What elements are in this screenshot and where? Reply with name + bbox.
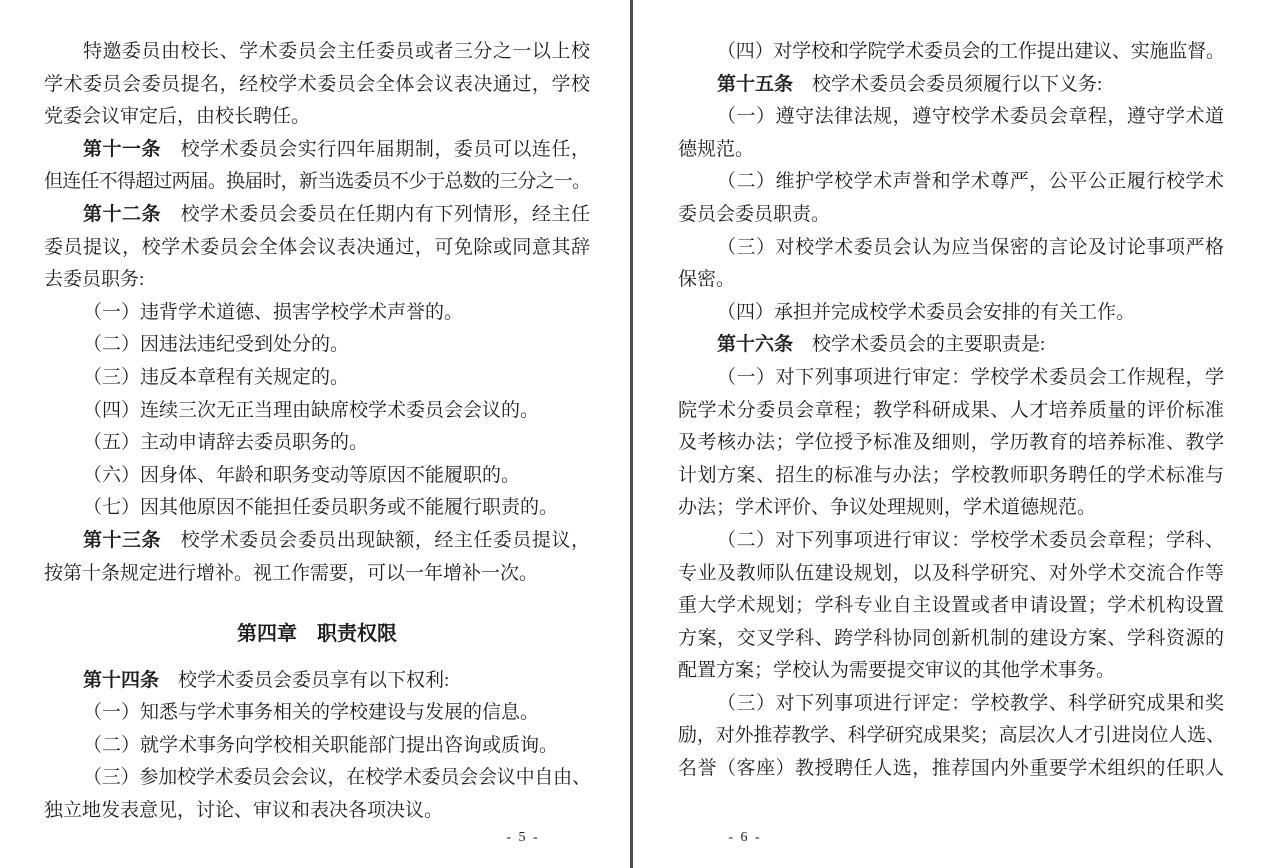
text-line: 特邀委员由校长、学术委员会主任委员或者三分之一以上校 bbox=[44, 36, 590, 69]
text-segment: （六）因身体、年龄和职务变动等原因不能履职的。 bbox=[83, 465, 520, 486]
text-segment: 重大学术规划；学科专业自主设置或者申请设置；学术机构设置 bbox=[678, 595, 1224, 616]
text-segment: 校学术委员会委员出现缺额，经主任委员提议， bbox=[161, 530, 590, 551]
text-segment: （三）违反本章程有关规定的。 bbox=[83, 367, 349, 388]
text-line: 专业及教师队伍建设规划，以及科学研究、对外学术交流合作等 bbox=[678, 558, 1224, 591]
text-line: 保密。 bbox=[678, 264, 1224, 297]
text-line: 德规范。 bbox=[678, 134, 1224, 167]
text-segment: （二）因违法违纪受到处分的。 bbox=[83, 334, 349, 355]
text-line: 第十一条 校学术委员会实行四年届期制，委员可以连任， bbox=[44, 134, 590, 167]
text-segment: 及考核办法；学位授予标准及细则，学历教育的培养标准、教学 bbox=[678, 432, 1224, 453]
article-number: 第十三条 bbox=[83, 530, 161, 551]
article-number: 第十二条 bbox=[83, 204, 161, 225]
text-line: （三）参加校学术委员会会议，在校学术委员会会议中自由、 bbox=[44, 762, 590, 795]
text-segment: （四）连续三次无正当理由缺席校学术委员会会议的。 bbox=[83, 400, 539, 421]
text-line: 院学术分委员会章程；教学科研成果、人才培养质量的评价标准 bbox=[678, 395, 1224, 428]
text-segment: （一）违背学术道德、损害学校学术声誉的。 bbox=[83, 302, 463, 323]
text-segment: 德规范。 bbox=[678, 139, 754, 160]
text-line: 励，对外推荐教学、科学研究成果奖；高层次人才引进岗位人选、 bbox=[678, 720, 1224, 753]
text-line: 及考核办法；学位授予标准及细则，学历教育的培养标准、教学 bbox=[678, 427, 1224, 460]
text-line: （四）对学校和学院学术委员会的工作提出建议、实施监督。 bbox=[678, 36, 1224, 69]
text-segment: （一）对下列事项进行审定：学校学术委员会工作规程，学 bbox=[717, 367, 1224, 388]
text-line: （四）连续三次无正当理由缺席校学术委员会会议的。 bbox=[44, 395, 590, 428]
text-segment: 校学术委员会委员须履行以下义务: bbox=[793, 74, 1102, 95]
article-number: 第十五条 bbox=[717, 74, 793, 95]
text-line: 办法；学术评价、争议处理规则，学术道德规范。 bbox=[678, 492, 1224, 525]
text-segment: 保密。 bbox=[678, 269, 735, 290]
text-line: 配置方案；学校认为需要提交审议的其他学术事务。 bbox=[678, 655, 1224, 688]
text-segment: 校学术委员会委员在任期内有下列情形，经主任 bbox=[161, 204, 590, 225]
text-line: 计划方案、招生的标准与办法；学校教师职务聘任的学术标准与 bbox=[678, 460, 1224, 493]
text-line: （二）维护学校学术声誉和学术尊严，公平公正履行校学术 bbox=[678, 166, 1224, 199]
text-segment: 委员提议，校学术委员会全体会议表决通过，可免除或同意其辞 bbox=[44, 237, 590, 258]
text-segment: 专业及教师队伍建设规划，以及科学研究、对外学术交流合作等 bbox=[678, 563, 1224, 584]
text-line: （三）对校学术委员会认为应当保密的言论及讨论事项严格 bbox=[678, 232, 1224, 265]
text-line: （七）因其他原因不能担任委员职务或不能履行职责的。 bbox=[44, 492, 590, 525]
text-segment: 独立地发表意见，讨论、审议和表决各项决议。 bbox=[44, 800, 443, 821]
text-segment: 励，对外推荐教学、科学研究成果奖；高层次人才引进岗位人选、 bbox=[678, 725, 1224, 746]
text-line: （一）知悉与学术事务相关的学校建设与发展的信息。 bbox=[44, 697, 590, 730]
text-segment: （五）主动申请辞去委员职务的。 bbox=[83, 432, 368, 453]
text-line: 第十四条 校学术委员会委员享有以下权利: bbox=[44, 665, 590, 698]
page-5: 特邀委员由校长、学术委员会主任委员或者三分之一以上校学术委员会委员提名，经校学术… bbox=[0, 0, 630, 868]
article-number: 第四章 职责权限 bbox=[237, 623, 397, 645]
text-line: 第十三条 校学术委员会委员出现缺额，经主任委员提议， bbox=[44, 525, 590, 558]
article-number: 第十一条 bbox=[83, 139, 161, 160]
text-line: 委员提议，校学术委员会全体会议表决通过，可免除或同意其辞 bbox=[44, 232, 590, 265]
text-segment: 校学术委员会委员享有以下权利: bbox=[159, 670, 449, 691]
text-segment: （一）知悉与学术事务相关的学校建设与发展的信息。 bbox=[83, 702, 539, 723]
text-segment: 特邀委员由校长、学术委员会主任委员或者三分之一以上校 bbox=[83, 41, 590, 62]
text-segment: 计划方案、招生的标准与办法；学校教师职务聘任的学术标准与 bbox=[678, 465, 1224, 486]
text-line: 方案，交叉学科、跨学科协同创新机制的建设方案、学科资源的 bbox=[678, 623, 1224, 656]
page-6-content: （四）对学校和学院学术委员会的工作提出建议、实施监督。第十五条 校学术委员会委员… bbox=[678, 0, 1224, 786]
text-line: （二）就学术事务向学校相关职能部门提出咨询或质询。 bbox=[44, 730, 590, 763]
text-segment: 校学术委员会实行四年届期制，委员可以连任， bbox=[161, 139, 590, 160]
text-segment: 党委会议审定后，由校长聘任。 bbox=[44, 106, 310, 127]
text-line: （一）对下列事项进行审定：学校学术委员会工作规程，学 bbox=[678, 362, 1224, 395]
text-line: 委员会委员职责。 bbox=[678, 199, 1224, 232]
text-line: 第十六条 校学术委员会的主要职责是: bbox=[678, 329, 1224, 362]
text-line: 学术委员会委员提名，经校学术委员会全体会议表决通过，学校 bbox=[44, 69, 590, 102]
text-line: （四）承担并完成校学术委员会安排的有关工作。 bbox=[678, 297, 1224, 330]
text-line: 第十二条 校学术委员会委员在任期内有下列情形，经主任 bbox=[44, 199, 590, 232]
text-segment: （三）参加校学术委员会会议，在校学术委员会会议中自由、 bbox=[83, 767, 590, 788]
text-segment: 办法；学术评价、争议处理规则，学术道德规范。 bbox=[678, 497, 1096, 518]
text-line: （一）违背学术道德、损害学校学术声誉的。 bbox=[44, 297, 590, 330]
text-segment: 委员会委员职责。 bbox=[678, 204, 830, 225]
text-segment: 去委员职务: bbox=[44, 269, 144, 290]
document-spread: 特邀委员由校长、学术委员会主任委员或者三分之一以上校学术委员会委员提名，经校学术… bbox=[0, 0, 1272, 868]
text-segment: （三）对校学术委员会认为应当保密的言论及讨论事项严格 bbox=[717, 237, 1224, 258]
text-segment: 校学术委员会的主要职责是: bbox=[793, 334, 1045, 355]
text-line: 名誉（客座）教授聘任人选，推荐国内外重要学术组织的任职人 bbox=[678, 753, 1224, 786]
chapter-heading: 第四章 职责权限 bbox=[44, 618, 590, 651]
text-segment: （二）就学术事务向学校相关职能部门提出咨询或质询。 bbox=[83, 735, 558, 756]
text-line: （五）主动申请辞去委员职务的。 bbox=[44, 427, 590, 460]
text-segment: 配置方案；学校认为需要提交审议的其他学术事务。 bbox=[678, 660, 1115, 681]
page-6: （四）对学校和学院学术委员会的工作提出建议、实施监督。第十五条 校学术委员会委员… bbox=[632, 0, 1272, 868]
text-segment: （四）承担并完成校学术委员会安排的有关工作。 bbox=[717, 302, 1135, 323]
text-line: （二）因违法违纪受到处分的。 bbox=[44, 329, 590, 362]
text-segment: 但连任不得超过两届。换届时，新当选委员不少于总数的三分之一。 bbox=[44, 171, 590, 192]
text-line: 独立地发表意见，讨论、审议和表决各项决议。 bbox=[44, 795, 590, 828]
article-number: 第十四条 bbox=[83, 670, 159, 691]
text-line: 去委员职务: bbox=[44, 264, 590, 297]
text-segment: 名誉（客座）教授聘任人选，推荐国内外重要学术组织的任职人 bbox=[678, 758, 1224, 779]
text-line: （六）因身体、年龄和职务变动等原因不能履职的。 bbox=[44, 460, 590, 493]
page-number-5: - 5 - bbox=[506, 830, 539, 846]
text-segment: 院学术分委员会章程；教学科研成果、人才培养质量的评价标准 bbox=[678, 400, 1224, 421]
text-line: （三）对下列事项进行评定：学校教学、科学研究成果和奖 bbox=[678, 688, 1224, 721]
text-segment: 按第十条规定进行增补。视工作需要，可以一年增补一次。 bbox=[44, 563, 538, 584]
text-line: 重大学术规划；学科专业自主设置或者申请设置；学术机构设置 bbox=[678, 590, 1224, 623]
text-line: （三）违反本章程有关规定的。 bbox=[44, 362, 590, 395]
article-number: 第十六条 bbox=[717, 334, 793, 355]
page-number-6: - 6 - bbox=[728, 830, 761, 846]
text-line: 按第十条规定进行增补。视工作需要，可以一年增补一次。 bbox=[44, 558, 590, 591]
text-line: 第十五条 校学术委员会委员须履行以下义务: bbox=[678, 69, 1224, 102]
page-5-content: 特邀委员由校长、学术委员会主任委员或者三分之一以上校学术委员会委员提名，经校学术… bbox=[44, 0, 590, 828]
text-line: 党委会议审定后，由校长聘任。 bbox=[44, 101, 590, 134]
text-segment: 学术委员会委员提名，经校学术委员会全体会议表决通过，学校 bbox=[44, 74, 590, 95]
text-segment: （一）遵守法律法规，遵守校学术委员会章程，遵守学术道 bbox=[717, 106, 1224, 127]
text-segment: （二）对下列事项进行审议：学校学术委员会章程；学科、 bbox=[717, 530, 1224, 551]
text-segment: （四）对学校和学院学术委员会的工作提出建议、实施监督。 bbox=[717, 41, 1224, 62]
text-segment: （七）因其他原因不能担任委员职务或不能履行职责的。 bbox=[83, 497, 558, 518]
text-line: 但连任不得超过两届。换届时，新当选委员不少于总数的三分之一。 bbox=[44, 166, 590, 199]
text-segment: （三）对下列事项进行评定：学校教学、科学研究成果和奖 bbox=[717, 693, 1224, 714]
text-segment: 方案，交叉学科、跨学科协同创新机制的建设方案、学科资源的 bbox=[678, 628, 1224, 649]
text-line: （一）遵守法律法规，遵守校学术委员会章程，遵守学术道 bbox=[678, 101, 1224, 134]
text-segment: （二）维护学校学术声誉和学术尊严，公平公正履行校学术 bbox=[717, 171, 1224, 192]
text-line: （二）对下列事项进行审议：学校学术委员会章程；学科、 bbox=[678, 525, 1224, 558]
